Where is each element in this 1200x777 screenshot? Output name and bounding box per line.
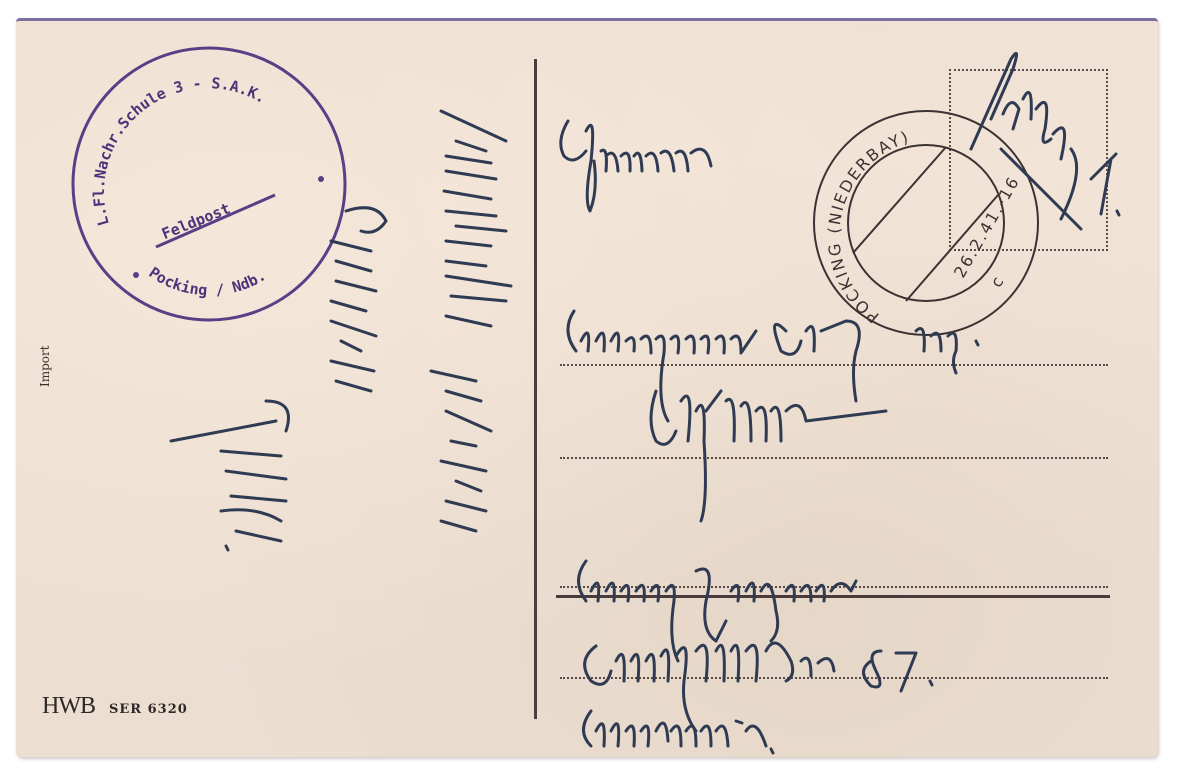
message-line-3: Bruder [16,21,17,22]
salutation-text: Herrn [16,21,17,22]
handwriting-feldpost [941,39,1141,259]
series-number: SER 6320 [109,702,188,717]
handwriting-feldpost-text: Feldpost [16,21,17,22]
postmark-suffix: c [986,272,1008,291]
center-divider [534,59,537,719]
handwriting-salutation [546,101,736,211]
address-line-2-text: Buchbinder [16,21,17,22]
publisher-imprint: HWB SER 6320 [42,693,188,720]
address-line-4-text: Bahnhofstraße Nr. 87. [16,21,17,22]
handwriting-address [556,291,1116,761]
postcard: Import HWB SER 6320 L.Fl.Nachr.Schule 3 … [16,18,1158,757]
address-line-3-text: Altmarkt Kirchheim [16,21,17,22]
message-line-4: Karl. [16,21,17,22]
handwriting-message [146,101,526,561]
address-line-5-text: Württemberg. [16,21,17,22]
import-label: Import [38,345,52,387]
publisher-logo: HWB [42,693,95,720]
message-line-1: Herzliche Grüße [16,21,17,22]
address-line-1-text: Alexander Kraus jun. [16,21,17,22]
message-line-2: sendet Dir Dein [16,21,17,22]
